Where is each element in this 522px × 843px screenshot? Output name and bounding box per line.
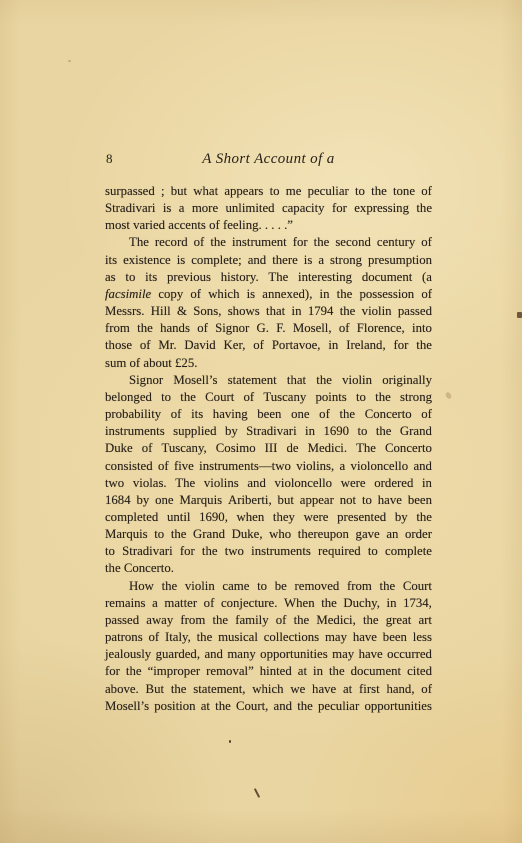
text-line: Mosell’spositionattheCourt,andthepeculia… xyxy=(105,698,432,715)
text-line: HowtheviolincametoberemovedfromtheCourt xyxy=(105,578,432,595)
text-line: forthe“improperremoval”hintedatinthedocu… xyxy=(105,663,432,680)
text-line: MarquistotheGrandDuke,whothereupongavean… xyxy=(105,526,432,543)
text-line: the Concerto. xyxy=(105,560,432,577)
text-line: passedawayfromthefamilyoftheMedici,thegr… xyxy=(105,612,432,629)
text-line: Therecordoftheinstrumentforthesecondcent… xyxy=(105,234,432,251)
text-line: jealouslyguarded,andmanyopportunitiesmay… xyxy=(105,646,432,663)
page-header: 8 A Short Account of a xyxy=(105,149,432,169)
text-line: facsimilecopyofwhichisannexed),intheposs… xyxy=(105,286,432,303)
text-line: completeduntil1690,whentheywerepresented… xyxy=(105,509,432,526)
body-text-block: surpassed;butwhatappearstomepeculiartoth… xyxy=(105,183,432,715)
ink-dot xyxy=(229,740,231,743)
text-line: twoviolas.Theviolinsandvioloncellowereor… xyxy=(105,475,432,492)
paper-smudge xyxy=(445,391,453,400)
ink-slash-mark xyxy=(254,788,260,798)
text-line: belongedtotheCourtofTuscanypointstothest… xyxy=(105,389,432,406)
text-line: toStradivariforthetwoinstrumentsrequired… xyxy=(105,543,432,560)
text-line: Stradivariisamoreunlimitedcapacityforexp… xyxy=(105,200,432,217)
running-head: A Short Account of a xyxy=(105,149,432,169)
paper-speck xyxy=(68,60,71,62)
text-line: itsexistenceiscomplete;andthereisastrong… xyxy=(105,252,432,269)
text-line: Messrs.Hill&Sons,showsthatin1794thevioli… xyxy=(105,303,432,320)
text-line: thoseofMr.DavidKer,ofPortavoe,inIreland,… xyxy=(105,337,432,354)
text-line: SignorMosell’sstatementthattheviolinorig… xyxy=(105,372,432,389)
text-line: remainsamatterofconjecture.WhentheDuchy,… xyxy=(105,595,432,612)
text-line: sum of about £25. xyxy=(105,355,432,372)
text-line: probabilityofitshavingbeenoneoftheConcer… xyxy=(105,406,432,423)
text-line: fromthehandsofSignorG.F.Mosell,ofFlorenc… xyxy=(105,320,432,337)
text-line: astoitsprevioushistory.Theinterestingdoc… xyxy=(105,269,432,286)
text-line: DukeofTuscany,CosimoIIIdeMedici.TheConce… xyxy=(105,440,432,457)
text-line: consistedoffiveinstruments—twoviolins,av… xyxy=(105,458,432,475)
paper-speck xyxy=(517,312,522,318)
text-line: surpassed;butwhatappearstomepeculiartoth… xyxy=(105,183,432,200)
text-line: instrumentssuppliedbyStradivariin1690tot… xyxy=(105,423,432,440)
text-line: above.Butthestatement,whichwehaveatfirst… xyxy=(105,681,432,698)
book-page-scan: 8 A Short Account of a surpassed;butwhat… xyxy=(0,0,522,843)
text-line: patronsofItaly,themusicalcollectionsmayh… xyxy=(105,629,432,646)
text-line: most varied accents of feeling. . . . .” xyxy=(105,217,432,234)
text-line: 1684byoneMarquisAriberti,butappearnottoh… xyxy=(105,492,432,509)
